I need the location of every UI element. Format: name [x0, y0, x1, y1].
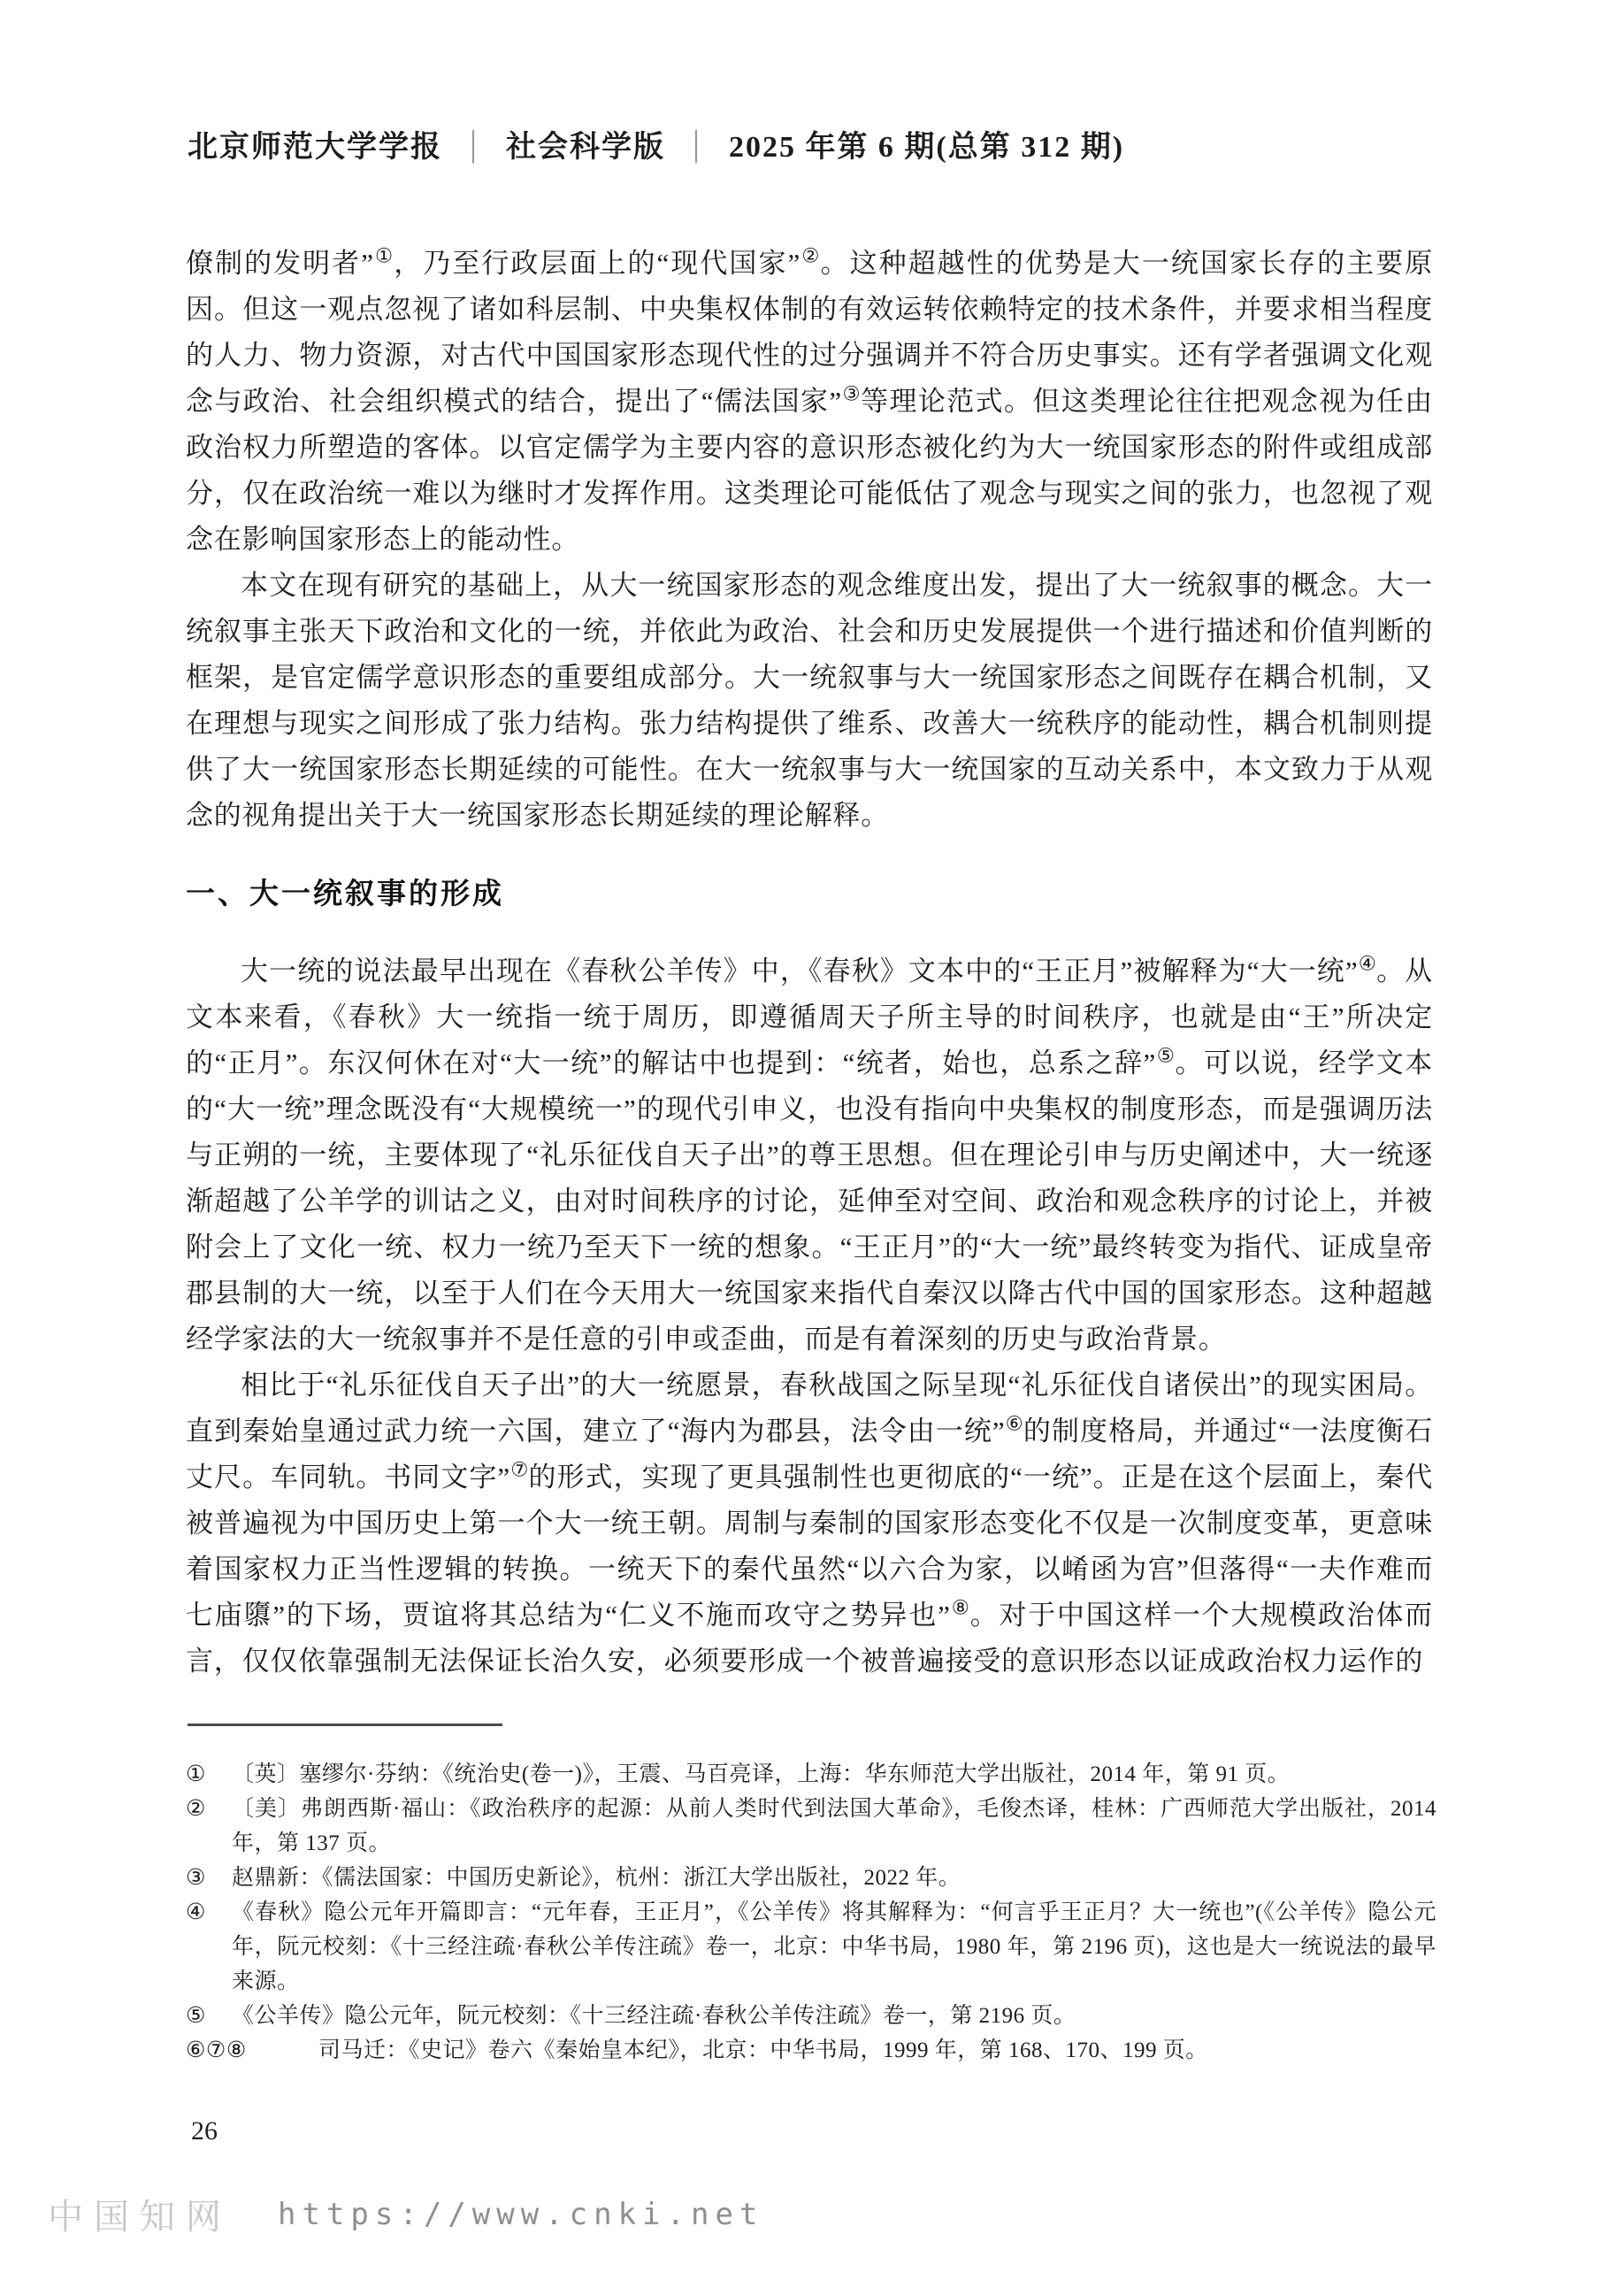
body-paragraph: 僚制的发明者”①，乃至行政层面上的“现代国家”②。这种超越性的优势是大一统国家长… [186, 241, 1433, 563]
journal-page: 北京师范大学学报│社会科学版│2025 年第 6 期(总第 312 期) 僚制的… [0, 0, 1624, 2280]
journal-edition: 社会科学版 [506, 131, 665, 164]
footnote-text: 司马迁：《史记》卷六《秦始皇本纪》，北京：中华书局，1999 年，第 168、1… [318, 2033, 1436, 2068]
article-body: 僚制的发明者”①，乃至行政层面上的“现代国家”②。这种超越性的优势是大一统国家长… [186, 241, 1433, 1685]
header-divider-icon: │ [463, 130, 485, 161]
header-divider-icon: │ [686, 130, 708, 161]
footnote-text: 《春秋》隐公元年开篇即言：“元年春，王正月”，《公羊传》将其解释为：“何言乎王正… [232, 1895, 1436, 1999]
footnote: ② 〔美〕弗朗西斯·福山：《政治秩序的起源：从前人类时代到法国大革命》，毛俊杰译… [186, 1792, 1436, 1861]
footnote-marker: ④ [186, 1895, 232, 1930]
footnote-separator [188, 1723, 502, 1726]
footnote-text: 《公羊传》隐公元年，阮元校刻：《十三经注疏·春秋公羊传注疏》卷一，第 2196 … [232, 1999, 1436, 2033]
footnote-text: 〔英〕塞缪尔·芬纳：《统治史(卷一)》，王震、马百亮译，上海：华东师范大学出版社… [232, 1757, 1436, 1792]
page-number: 26 [191, 2116, 218, 2146]
footnote: ① 〔英〕塞缪尔·芬纳：《统治史(卷一)》，王震、马百亮译，上海：华东师范大学出… [186, 1757, 1436, 1792]
footnote-marker: ⑥⑦⑧ [186, 2033, 318, 2068]
cnki-watermark: 中国知网 https://www.cnki.net [48, 2189, 763, 2239]
footnote-marker: ③ [186, 1861, 232, 1895]
body-paragraph: 大一统的说法最早出现在《春秋公羊传》中，《春秋》文本中的“王正月”被解释为“大一… [186, 948, 1433, 1363]
footnote: ④ 《春秋》隐公元年开篇即言：“元年春，王正月”，《公羊传》将其解释为：“何言乎… [186, 1895, 1436, 1999]
section-heading: 一、大一统叙事的形成 [186, 874, 1433, 913]
footnotes-block: ① 〔英〕塞缪尔·芬纳：《统治史(卷一)》，王震、马百亮译，上海：华东师范大学出… [186, 1757, 1436, 2068]
body-paragraph: 本文在现有研究的基础上，从大一统国家形态的观念维度出发，提出了大一统叙事的概念。… [186, 563, 1433, 839]
footnote: ⑥⑦⑧ 司马迁：《史记》卷六《秦始皇本纪》，北京：中华书局，1999 年，第 1… [186, 2033, 1436, 2068]
cnki-logo-text: 中国知网 [48, 2189, 232, 2239]
footnote: ③ 赵鼎新：《儒法国家：中国历史新论》，杭州：浙江大学出版社，2022 年。 [186, 1861, 1436, 1895]
body-paragraph: 相比于“礼乐征伐自天子出”的大一统愿景，春秋战国之际呈现“礼乐征伐自诸侯出”的现… [186, 1363, 1433, 1685]
footnote-text: 〔美〕弗朗西斯·福山：《政治秩序的起源：从前人类时代到法国大革命》，毛俊杰译，桂… [232, 1792, 1436, 1861]
cnki-url-text: https://www.cnki.net [278, 2197, 763, 2232]
journal-name: 北京师范大学学报 [188, 131, 442, 164]
footnote: ⑤ 《公羊传》隐公元年，阮元校刻：《十三经注疏·春秋公羊传注疏》卷一，第 219… [186, 1999, 1436, 2033]
journal-issue: 2025 年第 6 期(总第 312 期) [729, 131, 1124, 164]
running-head: 北京师范大学学报│社会科学版│2025 年第 6 期(总第 312 期) [188, 122, 1124, 165]
footnote-text: 赵鼎新：《儒法国家：中国历史新论》，杭州：浙江大学出版社，2022 年。 [232, 1861, 1436, 1895]
footnote-marker: ⑤ [186, 1999, 232, 2033]
footnote-marker: ① [186, 1757, 232, 1792]
footnote-marker: ② [186, 1792, 232, 1826]
